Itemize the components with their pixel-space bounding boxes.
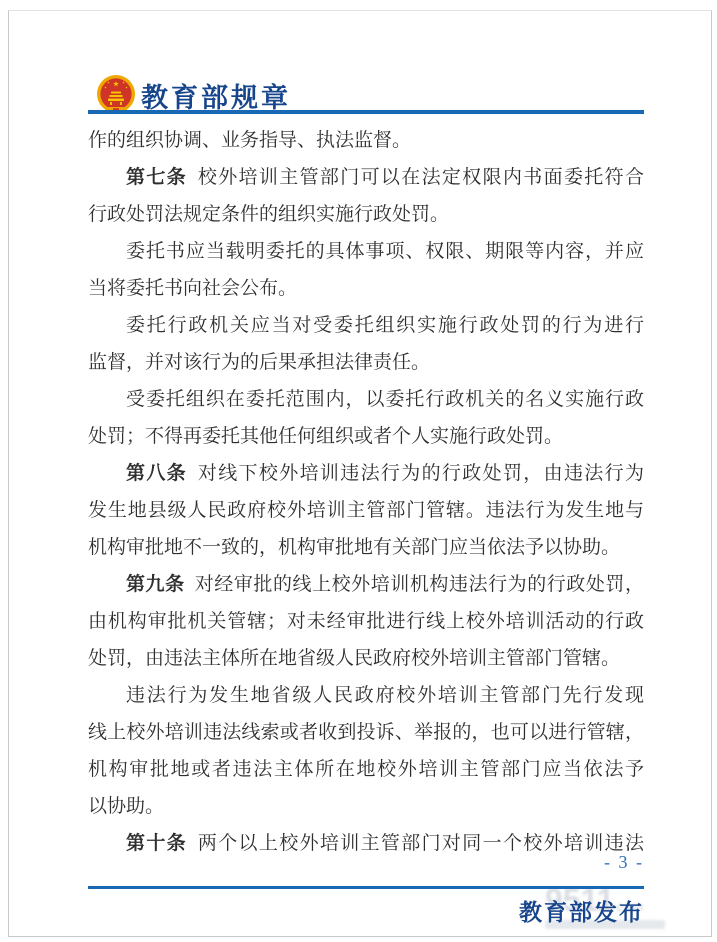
text-line: 第八条 对线下校外培训违法行为的行政处罚，由违法行为 (88, 455, 644, 492)
page-number: - 3 - (444, 852, 644, 873)
article-number: 第八条 (126, 463, 187, 484)
text-line: 由机构审批机关管辖；对未经审批进行线上校外培训活动的行政 (88, 603, 644, 640)
header-divider (88, 110, 644, 114)
text-line: 机构审批地或者违法主体所在地校外培训主管部门应当依法予 (88, 751, 644, 788)
text-line: 线上校外培训违法线索或者收到投诉、举报的，也可以进行管辖， (88, 714, 644, 751)
text-line: 机构审批地不一致的，机构审批地有关部门应当依法予以协助。 (88, 529, 644, 566)
text-line: 作的组织协调、业务指导、执法监督。 (88, 122, 644, 159)
text-line: 委托书应当载明委托的具体事项、权限、期限等内容，并应 (88, 233, 644, 270)
article-number: 第十条 (126, 833, 187, 854)
text-line: 监督，并对该行为的后果承担法律责任。 (88, 344, 644, 381)
article-number: 第九条 (126, 574, 185, 595)
text-line: 处罚；不得再委托其他任何组织或者个人实施行政处罚。 (88, 418, 644, 455)
text-line: 受委托组织在委托范围内，以委托行政机关的名义实施行政 (88, 381, 644, 418)
text-line: 违法行为发生地省级人民政府校外培训主管部门先行发现 (88, 677, 644, 714)
text-line: 发生地县级人民政府校外培训主管部门管辖。违法行为发生地与 (88, 492, 644, 529)
document-lines: 作的组织协调、业务指导、执法监督。第七条 校外培训主管部门可以在法定权限内书面委… (88, 122, 644, 862)
text-line: 当将委托书向社会公布。 (88, 270, 644, 307)
text-line: 处罚，由违法主体所在地省级人民政府校外培训主管部门管辖。 (88, 640, 644, 677)
text-line: 以协助。 (88, 788, 644, 825)
text-line: 委托行政机关应当对受委托组织实施行政处罚的行为进行 (88, 307, 644, 344)
text-line: 第七条 校外培训主管部门可以在法定权限内书面委托符合 (88, 159, 644, 196)
footer-divider (88, 886, 644, 889)
text-line: 行政处罚法规定条件的组织实施行政处罚。 (88, 196, 644, 233)
text-line: 第九条 对经审批的线上校外培训机构违法行为的行政处罚， (88, 566, 644, 603)
publisher-label: 教育部发布 (344, 894, 644, 927)
article-number: 第七条 (126, 167, 187, 188)
